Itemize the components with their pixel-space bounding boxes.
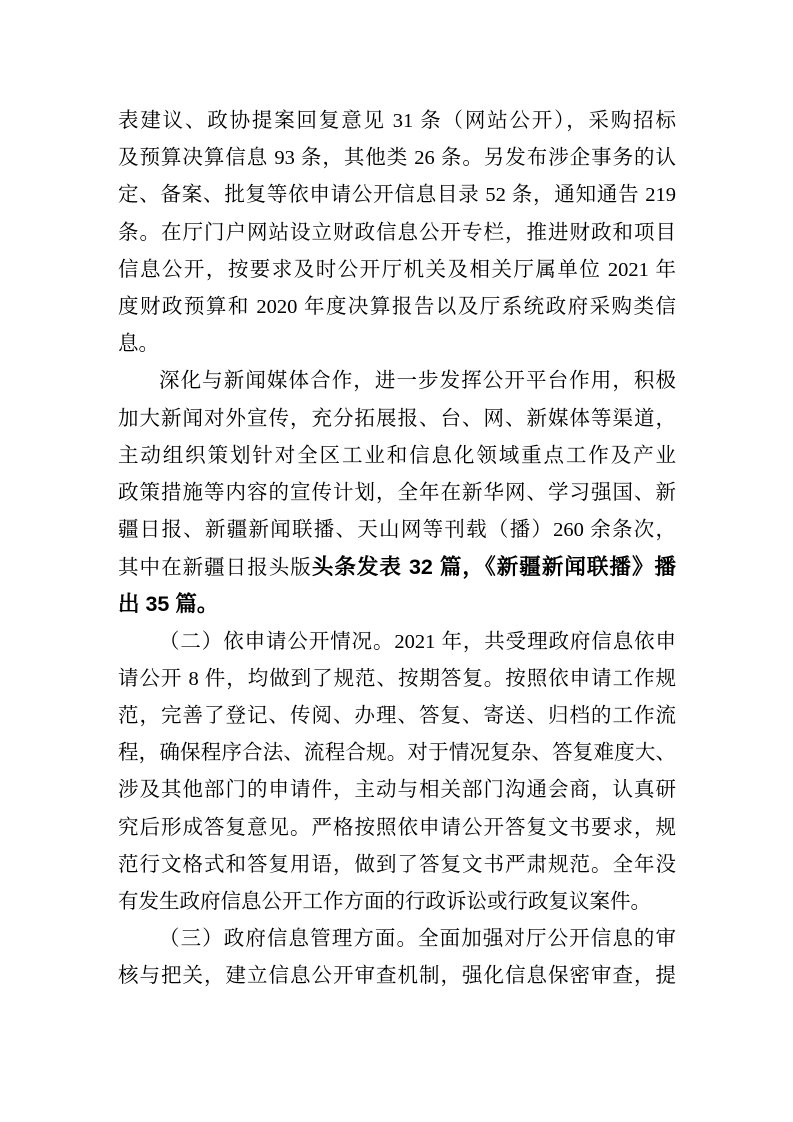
text-line: 条。在厅门户网站设立财政信息公开专栏，推进财政和项目 xyxy=(118,215,676,252)
document-page: 表建议、政协提案回复意见 31 条（网站公开），采购招标及预算决算信息 93 条… xyxy=(0,0,793,1122)
text-line: 政策措施等内容的宣传计划，全年在新华网、学习强国、新 xyxy=(118,475,676,512)
text-segment: 究后形成答复意见。严格按照依申请公开答复文书要求，规 xyxy=(118,817,676,839)
text-segment: 程，确保程序合法、流程合规。对于情况复杂、答复难度大、 xyxy=(118,742,676,764)
text-line: 及预算决算信息 93 条，其他类 26 条。另发布涉企事务的认 xyxy=(118,140,676,177)
text-segment: （二）依申请公开情况。2021 年，共受理政府信息依申 xyxy=(159,631,676,653)
paragraph-4: （三）政府信息管理方面。全面加强对厅公开信息的审核与把关，建立信息公开审查机制，… xyxy=(118,921,676,995)
text-segment: （三）政府信息管理方面。全面加强对厅公开信息的审 xyxy=(159,928,676,950)
text-line: 深化与新闻媒体合作，进一步发挥公开平台作用，积极 xyxy=(118,363,676,400)
paragraph-2: 深化与新闻媒体合作，进一步发挥公开平台作用，积极加大新闻对外宣传，充分拓展报、台… xyxy=(118,363,676,623)
text-segment: 政策措施等内容的宣传计划，全年在新华网、学习强国、新 xyxy=(118,482,676,504)
text-line: 出 35 篇。 xyxy=(118,586,676,623)
text-line: 疆日报、新疆新闻联播、天山网等刊载（播）260 余条次， xyxy=(118,512,676,549)
text-line: 息。 xyxy=(118,326,676,363)
text-line: 主动组织策划针对全区工业和信息化领域重点工作及产业 xyxy=(118,438,676,475)
text-line: 度财政预算和 2020 年度决算报告以及厅系统政府采购类信 xyxy=(118,289,676,326)
text-segment: 范行文格式和答复用语，做到了答复文书严肃规范。全年没 xyxy=(118,854,676,876)
text-line: （三）政府信息管理方面。全面加强对厅公开信息的审 xyxy=(118,921,676,958)
text-line: 程，确保程序合法、流程合规。对于情况复杂、答复难度大、 xyxy=(118,735,676,772)
text-line: 范行文格式和答复用语，做到了答复文书严肃规范。全年没 xyxy=(118,847,676,884)
text-segment: 涉及其他部门的申请件，主动与相关部门沟通会商，认真研 xyxy=(118,779,676,801)
text-segment: 度财政预算和 2020 年度决算报告以及厅系统政府采购类信 xyxy=(118,296,676,318)
paragraph-1: 表建议、政协提案回复意见 31 条（网站公开），采购招标及预算决算信息 93 条… xyxy=(118,103,676,363)
text-segment: 疆日报、新疆新闻联播、天山网等刊载（播）260 余条次， xyxy=(118,519,676,541)
text-line: 究后形成答复意见。严格按照依申请公开答复文书要求，规 xyxy=(118,810,676,847)
text-segment: 息。 xyxy=(118,333,159,355)
text-line: 加大新闻对外宣传，充分拓展报、台、网、新媒体等渠道， xyxy=(118,401,676,438)
text-segment: 主动组织策划针对全区工业和信息化领域重点工作及产业 xyxy=(118,445,676,467)
page-content: 表建议、政协提案回复意见 31 条（网站公开），采购招标及预算决算信息 93 条… xyxy=(118,103,676,996)
text-line: （二）依申请公开情况。2021 年，共受理政府信息依申 xyxy=(118,624,676,661)
bold-text-segment: 头条发表 32 篇，《新疆新闻联播》播 xyxy=(312,555,676,579)
text-segment: 其中在新疆日报头版 xyxy=(118,557,312,579)
text-segment: 及预算决算信息 93 条，其他类 26 条。另发布涉企事务的认 xyxy=(118,147,676,169)
bold-text-segment: 出 35 篇。 xyxy=(118,592,218,616)
text-line: 有发生政府信息公开工作方面的行政诉讼或行政复议案件。 xyxy=(118,884,676,921)
text-segment: 核与把关，建立信息公开审查机制，强化信息保密审查，提 xyxy=(118,965,676,987)
text-line: 其中在新疆日报头版头条发表 32 篇，《新疆新闻联播》播 xyxy=(118,549,676,586)
text-line: 信息公开，按要求及时公开厅机关及相关厅属单位 2021 年 xyxy=(118,252,676,289)
text-line: 核与把关，建立信息公开审查机制，强化信息保密审查，提 xyxy=(118,958,676,995)
paragraph-3: （二）依申请公开情况。2021 年，共受理政府信息依申请公开 8 件，均做到了规… xyxy=(118,624,676,922)
text-line: 涉及其他部门的申请件，主动与相关部门沟通会商，认真研 xyxy=(118,772,676,809)
text-segment: 定、备案、批复等依申请公开信息目录 52 条，通知通告 219 xyxy=(118,184,676,206)
text-segment: 有发生政府信息公开工作方面的行政诉讼或行政复议案件。 xyxy=(118,891,651,913)
text-segment: 表建议、政协提案回复意见 31 条（网站公开），采购招标 xyxy=(118,110,676,132)
text-segment: 加大新闻对外宣传，充分拓展报、台、网、新媒体等渠道， xyxy=(118,408,676,430)
text-segment: 信息公开，按要求及时公开厅机关及相关厅属单位 2021 年 xyxy=(118,259,676,281)
text-line: 范，完善了登记、传阅、办理、答复、寄送、归档的工作流 xyxy=(118,698,676,735)
text-segment: 深化与新闻媒体合作，进一步发挥公开平台作用，积极 xyxy=(159,370,676,392)
text-segment: 条。在厅门户网站设立财政信息公开专栏，推进财政和项目 xyxy=(118,222,676,244)
text-segment: 范，完善了登记、传阅、办理、答复、寄送、归档的工作流 xyxy=(118,705,676,727)
text-line: 请公开 8 件，均做到了规范、按期答复。按照依申请工作规 xyxy=(118,661,676,698)
text-segment: 请公开 8 件，均做到了规范、按期答复。按照依申请工作规 xyxy=(118,668,676,690)
text-line: 表建议、政协提案回复意见 31 条（网站公开），采购招标 xyxy=(118,103,676,140)
text-line: 定、备案、批复等依申请公开信息目录 52 条，通知通告 219 xyxy=(118,177,676,214)
